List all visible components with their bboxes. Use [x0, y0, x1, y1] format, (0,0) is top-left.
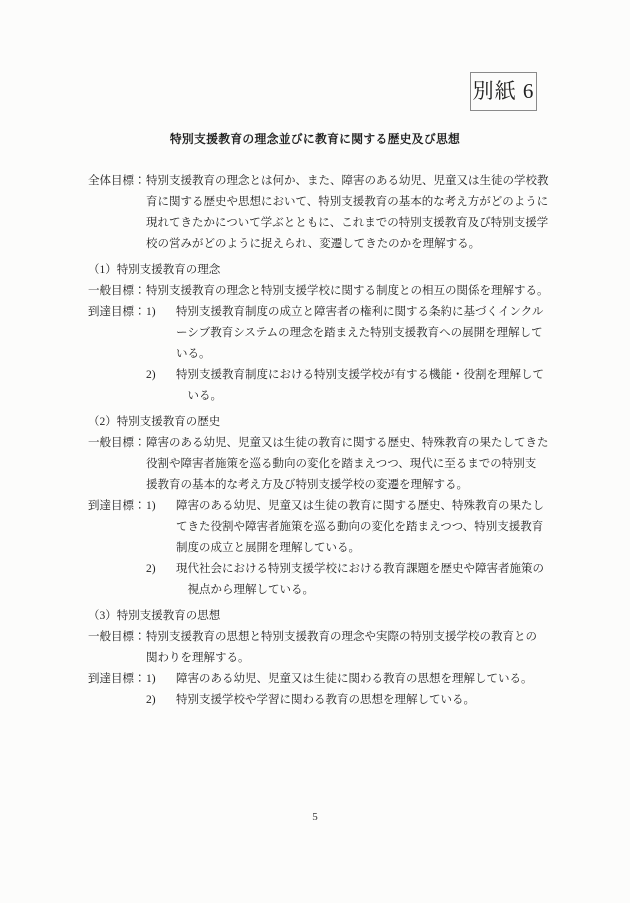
text-line: いる。: [176, 386, 544, 407]
text-line: いる。: [176, 344, 544, 365]
text-line: 特別支援教育制度における特別支援学校が有する機能・役割を理解して: [176, 365, 544, 386]
item-number: 1): [146, 669, 176, 690]
attainment-item: 2) 現代社会における特別支援学校における教育課題を歴史や障害者施策の 視点から…: [146, 559, 544, 601]
section-heading: （2）特別支援教育の歴史: [88, 412, 548, 433]
overall-goal-label: 全体目標：: [88, 171, 146, 192]
text-line: 障害のある幼児、児童又は生徒の教育に関する歴史、特殊教育の果たしてきた: [146, 433, 549, 454]
general-goal-label: 一般目標：: [88, 281, 146, 302]
attachment-label-box: 別紙 6: [470, 72, 537, 111]
item-number: 2): [146, 365, 176, 386]
item-number: 1): [146, 302, 176, 323]
text-line: 校の営みがどのように捉えられ、変遷してきたのかを理解する。: [146, 234, 549, 255]
attainment-item: 2) 特別支援教育制度における特別支援学校が有する機能・役割を理解して いる。: [146, 365, 544, 407]
section: （2）特別支援教育の歴史 一般目標： 障害のある幼児、児童又は生徒の教育に関する…: [88, 412, 548, 601]
attainment-item: 1) 特別支援教育制度の成立と障害者の権利に関する条約に基づくインクルーシブ教育…: [146, 302, 544, 365]
general-goal: 一般目標： 特別支援教育の思想と特別支援教育の理念や実際の特別支援学校の教育との…: [88, 627, 548, 669]
section-heading: （1）特別支援教育の理念: [88, 260, 548, 281]
text-line: てきた役割や障害者施策を巡る動向の変化を踏まえつつ、特別支援教育: [176, 517, 544, 538]
attainment-goal: 到達目標： 1) 障害のある幼児、児童又は生徒の教育に関する歴史、特殊教育の果た…: [88, 496, 548, 601]
sections: （1）特別支援教育の理念 一般目標： 特別支援教育の理念と特別支援学校に関する制…: [88, 260, 548, 711]
text-line: 現代社会における特別支援学校における教育課題を歴史や障害者施策の: [176, 559, 544, 580]
general-goal-label: 一般目標：: [88, 433, 146, 454]
page-number: 5: [0, 807, 630, 828]
attainment-item: 2) 特別支援学校や学習に関わる教育の思想を理解している。: [146, 690, 533, 711]
attainment-goal-items: 1) 障害のある幼児、児童又は生徒の教育に関する歴史、特殊教育の果たしてきた役割…: [146, 496, 544, 601]
section-heading: （3）特別支援教育の思想: [88, 606, 548, 627]
general-goal-text: 障害のある幼児、児童又は生徒の教育に関する歴史、特殊教育の果たしてきた役割や障害…: [146, 433, 549, 496]
text-line: 特別支援教育の思想と特別支援教育の理念や実際の特別支援学校の教育との: [146, 627, 548, 648]
text-line: 特別支援教育の理念と特別支援学校に関する制度との相互の関係を理解する。: [146, 281, 549, 302]
document-body: 全体目標： 特別支援教育の理念とは何か、また、障害のある幼児、児童又は生徒の学校…: [88, 171, 548, 711]
attainment-item: 1) 障害のある幼児、児童又は生徒に関わる教育の思想を理解している。: [146, 669, 533, 690]
text-line: ーシブ教育システムの理念を踏まえた特別支援教育への展開を理解して: [176, 323, 544, 344]
general-goal-text: 特別支援教育の思想と特別支援教育の理念や実際の特別支援学校の教育との関わりを理解…: [146, 627, 548, 669]
item-number: 1): [146, 496, 176, 517]
attainment-goal-label: 到達目標：: [88, 302, 146, 323]
item-text: 特別支援教育制度における特別支援学校が有する機能・役割を理解して いる。: [176, 365, 544, 407]
text-line: 特別支援学校や学習に関わる教育の思想を理解している。: [176, 690, 533, 711]
attainment-goal: 到達目標： 1) 障害のある幼児、児童又は生徒に関わる教育の思想を理解している。…: [88, 669, 548, 711]
item-text: 障害のある幼児、児童又は生徒に関わる教育の思想を理解している。: [176, 669, 533, 690]
section: （3）特別支援教育の思想 一般目標： 特別支援教育の思想と特別支援教育の理念や実…: [88, 606, 548, 711]
text-line: 制度の成立と展開を理解している。: [176, 538, 544, 559]
section: （1）特別支援教育の理念 一般目標： 特別支援教育の理念と特別支援学校に関する制…: [88, 260, 548, 407]
document-page: 別紙 6 特別支援教育の理念並びに教育に関する歴史及び思想 全体目標： 特別支援…: [0, 0, 630, 903]
text-line: 援教育の基本的な考え方及び特別支援学校の変遷を理解する。: [146, 475, 549, 496]
attainment-goal-items: 1) 特別支援教育制度の成立と障害者の権利に関する条約に基づくインクルーシブ教育…: [146, 302, 544, 407]
attainment-goal-label: 到達目標：: [88, 496, 146, 517]
text-line: 特別支援教育制度の成立と障害者の権利に関する条約に基づくインクル: [176, 302, 544, 323]
attainment-goal-items: 1) 障害のある幼児、児童又は生徒に関わる教育の思想を理解している。 2) 特別…: [146, 669, 533, 711]
text-line: 視点から理解している。: [176, 580, 544, 601]
item-text: 特別支援教育制度の成立と障害者の権利に関する条約に基づくインクルーシブ教育システ…: [176, 302, 544, 365]
text-line: 特別支援教育の理念とは何か、また、障害のある幼児、児童又は生徒の学校教: [146, 171, 549, 192]
item-text: 現代社会における特別支援学校における教育課題を歴史や障害者施策の 視点から理解し…: [176, 559, 544, 601]
item-text: 障害のある幼児、児童又は生徒の教育に関する歴史、特殊教育の果たしてきた役割や障害…: [176, 496, 544, 559]
text-line: 役割や障害者施策を巡る動向の変化を踏まえつつ、現代に至るまでの特別支: [146, 454, 549, 475]
text-line: 関わりを理解する。: [146, 648, 548, 669]
item-number: 2): [146, 690, 176, 711]
attainment-item: 1) 障害のある幼児、児童又は生徒の教育に関する歴史、特殊教育の果たしてきた役割…: [146, 496, 544, 559]
item-number: 2): [146, 559, 176, 580]
overall-goal-text: 特別支援教育の理念とは何か、また、障害のある幼児、児童又は生徒の学校教育に関する…: [146, 171, 549, 255]
text-line: 障害のある幼児、児童又は生徒に関わる教育の思想を理解している。: [176, 669, 533, 690]
text-line: 育に関する歴史や思想において、特別支援教育の基本的な考え方がどのように: [146, 192, 549, 213]
document-title: 特別支援教育の理念並びに教育に関する歴史及び思想: [0, 129, 630, 150]
general-goal-text: 特別支援教育の理念と特別支援学校に関する制度との相互の関係を理解する。: [146, 281, 549, 302]
attainment-goal: 到達目標： 1) 特別支援教育制度の成立と障害者の権利に関する条約に基づくインク…: [88, 302, 548, 407]
general-goal: 一般目標： 特別支援教育の理念と特別支援学校に関する制度との相互の関係を理解する…: [88, 281, 548, 302]
attachment-label: 別紙 6: [473, 81, 535, 102]
item-text: 特別支援学校や学習に関わる教育の思想を理解している。: [176, 690, 533, 711]
overall-goal: 全体目標： 特別支援教育の理念とは何か、また、障害のある幼児、児童又は生徒の学校…: [88, 171, 548, 255]
general-goal-label: 一般目標：: [88, 627, 146, 648]
general-goal: 一般目標： 障害のある幼児、児童又は生徒の教育に関する歴史、特殊教育の果たしてき…: [88, 433, 548, 496]
text-line: 障害のある幼児、児童又は生徒の教育に関する歴史、特殊教育の果たし: [176, 496, 544, 517]
attainment-goal-label: 到達目標：: [88, 669, 146, 690]
text-line: 現れてきたかについて学ぶとともに、これまでの特別支援教育及び特別支援学: [146, 213, 549, 234]
